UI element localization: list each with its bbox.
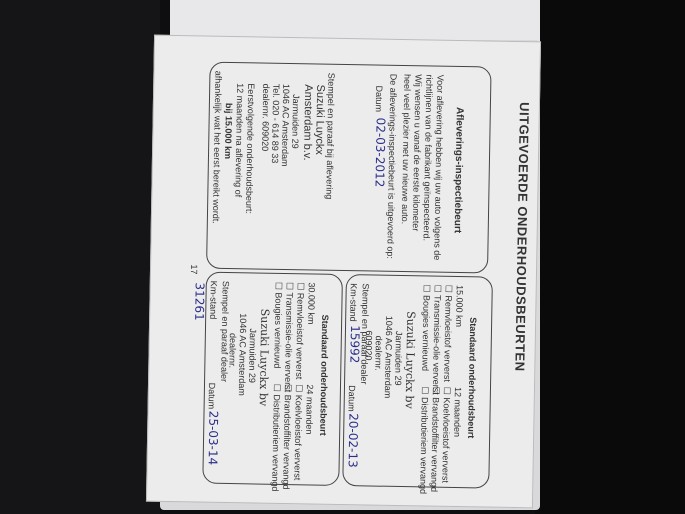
dealer-stamp-line: dealernr. [372, 336, 384, 371]
service-box-15000: Standaard onderhoudsbeurt 15.000 km 12 m… [342, 274, 493, 489]
km-value: 15992 [348, 325, 360, 363]
check-item: Remvloeistof ververst [442, 295, 454, 382]
dealer-stamp-line: Suzuki Luyckx [313, 84, 325, 154]
service-title: Standaard onderhoudsbeurt [317, 315, 330, 436]
page-title: UITGEVOERDE ONDERHOUDSBEURTEN [512, 102, 532, 372]
km-label: Km-stand [347, 283, 359, 322]
dark-background-right [535, 0, 685, 514]
date-value: 25-03-14 [207, 411, 219, 466]
check-item: Transmissie-olie ververst [431, 295, 443, 395]
service-km: 30.000 km [305, 282, 317, 324]
dealer-stamp-line: Amsterdam b.v. [301, 84, 313, 160]
date-label: Datum [346, 385, 357, 412]
delivery-date-label: Datum [373, 85, 384, 112]
dealer-stamp-line: Suzuki Luyckx bv [258, 309, 271, 407]
check-item: Distributieriem vervangd [418, 397, 430, 494]
check-item: Koelvloeistof ververst [440, 397, 451, 483]
date-label: Datum [206, 383, 217, 410]
km-label: Km-stand [207, 281, 219, 320]
service-months: 12 maanden [451, 387, 463, 437]
check-item: Transmissie-olie ververst [283, 292, 295, 392]
service-months: 24 maanden [303, 384, 315, 434]
check-item: Bougies vernieuwd [272, 292, 283, 368]
km-value: 31261 [193, 282, 205, 320]
booklet-page: UITGEVOERDE ONDERHOUDSBEURTEN Aflevering… [146, 35, 541, 509]
check-item: Brandstoffilter vervangd [281, 395, 293, 490]
dark-background-left [0, 0, 160, 514]
dealer-stamp-line: 1046 AC Amsterdam [382, 316, 394, 399]
service-km: 15.000 km [453, 285, 465, 327]
service-box-30000: Standaard onderhoudsbeurt 30.000 km 24 m… [202, 272, 343, 486]
check-item: Remvloeistof ververst [294, 293, 306, 380]
delivery-inspection-box: Afleverings-inspectiebeurt Voor afleveri… [206, 62, 492, 274]
next-service-line: 12 maanden na aflevering of [232, 83, 245, 197]
service-title: Standaard onderhoudsbeurt [465, 317, 478, 438]
delivery-date-value: 02-03-2012 [373, 118, 385, 188]
next-service-line: bij 15.000 km [222, 103, 234, 159]
dealer-stamp-line: Suzuki Luyckx bv [404, 311, 417, 409]
check-item: Koelvloeistof ververst [292, 395, 303, 481]
stamp-label: Stempel en paraaf dealer [218, 281, 231, 382]
check-item: Brandstoffilter vervangd [429, 397, 441, 492]
delivery-title: Afleverings-inspectiebeurt [452, 107, 465, 233]
next-service-line: afhankelijk wat het eerst bereikt wordt. [210, 71, 224, 224]
page-number: 17 [188, 264, 199, 274]
dealer-stamp-line: 1046 AC Amsterdam [236, 313, 248, 396]
next-service-line: Eerstvolgende onderhoudsbeurt: [243, 83, 256, 214]
check-item: Distributieriem vervangd [270, 394, 282, 491]
dealer-stamp-line: dealernr. 609020 [259, 84, 271, 152]
date-value: 20-02-13 [347, 413, 359, 468]
check-item: Bougies vernieuwd [420, 295, 431, 371]
